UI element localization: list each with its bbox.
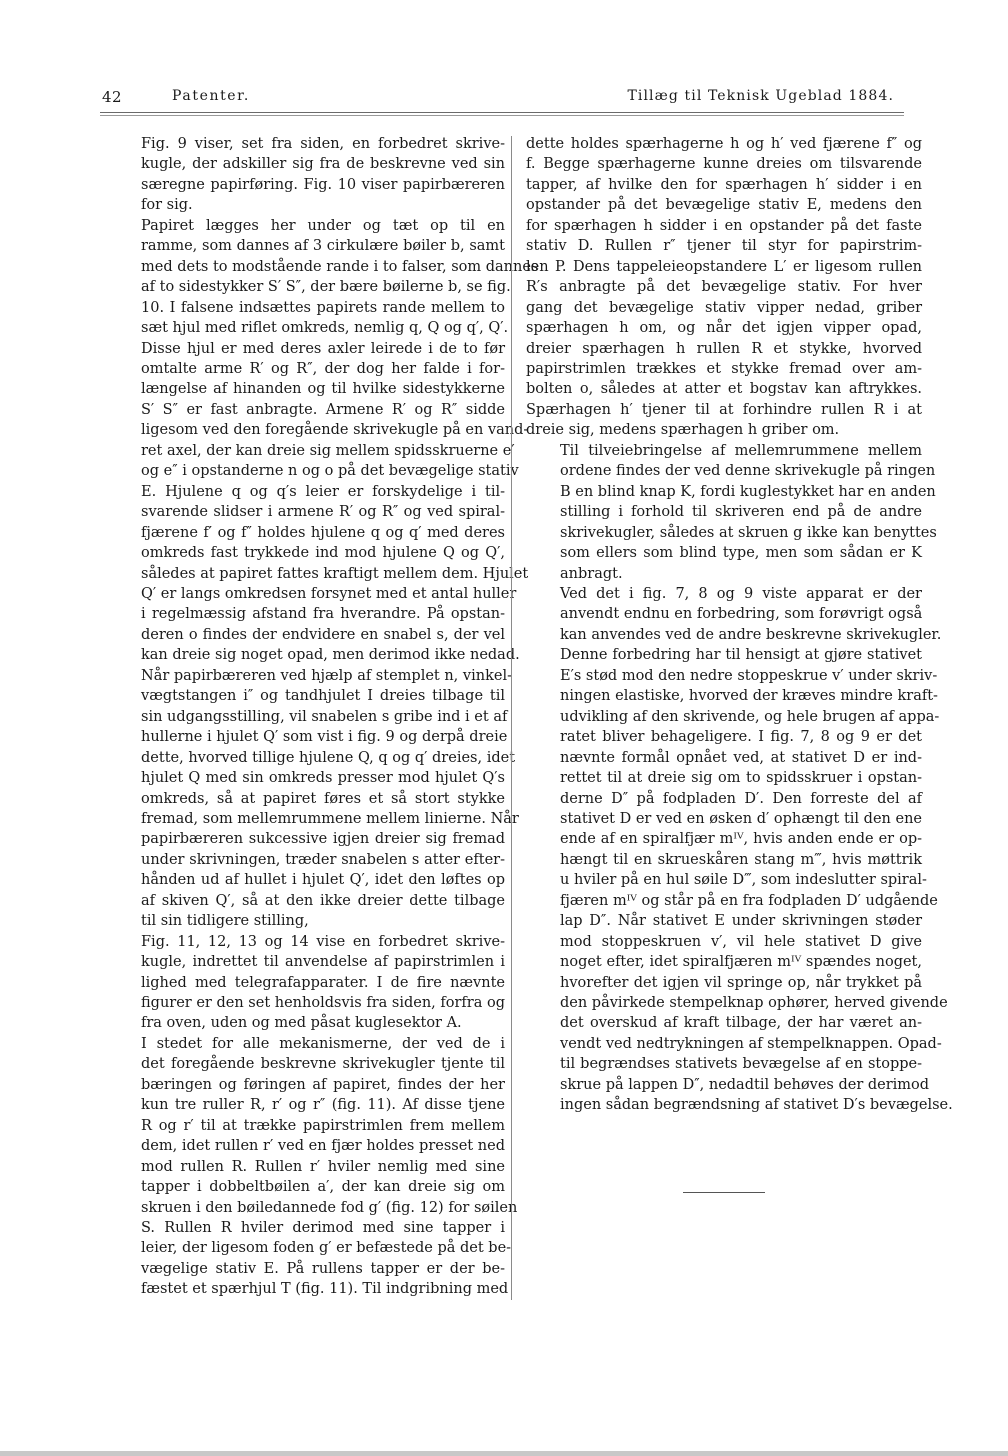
column-divider [511,136,512,1300]
paragraph: Papiret lægges her under og tæt op til e… [107,216,505,932]
text-line: Ved det i fig. 7, 8 og 9 viste apparat e… [526,584,922,604]
text-line: anbragt. [526,564,922,584]
text-line: udvikling af den skrivende, og hele brug… [526,707,922,727]
text-line: fremad, som mellemrummene mellem liniern… [107,809,505,829]
paragraph: dette holdes spærhagerne h og h′ ved fjæ… [526,134,922,441]
text-line: i regelmæssig afstand fra hverandre. På … [107,604,505,624]
text-line: Fig. 11, 12, 13 og 14 vise en forbedret … [107,932,505,952]
text-line: hullerne i hjulet Q′ som vist i fig. 9 o… [107,727,505,747]
text-line: særegne papirføring. Fig. 10 viser papir… [107,175,505,195]
text-line: således at papiret fattes kraftigt melle… [107,564,505,584]
text-line: vendt ved nedtrykningen af stempelknappe… [526,1034,922,1054]
paragraph: Ved det i fig. 7, 8 og 9 viste apparat e… [526,584,922,1116]
text-line: kugle, der adskiller sig fra de beskrevn… [107,154,505,174]
text-line: leier, der ligesom foden g′ er befæstede… [107,1238,505,1258]
text-line: dem, idet rullen r′ ved en fjær holdes p… [107,1136,505,1156]
text-line: gang det bevægelige stativ vipper nedad,… [526,298,922,318]
text-line: Disse hjul er med deres axler leirede i … [107,339,505,359]
text-line: opstander på det bevægelige stativ E, me… [526,195,922,215]
paragraph: Fig. 9 viser, set fra siden, en forbedre… [107,134,505,216]
text-line: hvorefter det igjen vil springe op, når … [526,973,922,993]
text-line: til sin tidligere stilling, [107,911,505,931]
text-line: dette, hvorved tillige hjulene Q, q og q… [107,748,505,768]
text-line: sin udgangsstilling, vil snabelen s grib… [107,707,505,727]
text-line: papirstrimlen trækkes et stykke fremad o… [526,359,922,379]
text-line: vægtstangen i″ og tandhjulet I dreies ti… [107,686,505,706]
text-line: mod rullen R. Rullen r′ hviler nemlig me… [107,1157,505,1177]
text-line: det overskud af kraft tilbage, der har v… [526,1013,922,1033]
text-line: for sig. [107,195,505,215]
text-line: S. Rullen R hviler derimod med sine tapp… [107,1218,505,1238]
text-line: til begrændses stativets bevægelse af en… [526,1054,922,1074]
text-line: R′s anbragte på det bevægelige stativ. F… [526,277,922,297]
text-line: mod stoppeskruen v′, vil hele stativet D… [526,932,922,952]
text-line: skruen i den bøiledannede fod g′ (fig. 1… [107,1198,505,1218]
text-line: u hviler på en hul søile D‴, som indeslu… [526,870,922,890]
text-line: hånden ud af hullet i hjulet Q′, idet de… [107,870,505,890]
text-line: Papiret lægges her under og tæt op til e… [107,216,505,236]
text-line: kun tre ruller R, r′ og r″ (fig. 11). Af… [107,1095,505,1115]
text-line: fæstet et spærhjul T (fig. 11). Til indg… [107,1279,505,1299]
text-line: omkreds fast trykkede ind mod hjulene Q … [107,543,505,563]
text-line: ordene findes der ved denne skrivekugle … [526,461,922,481]
text-line: af to sidestykker S′ S″, der bære bøiler… [107,277,505,297]
right-column: dette holdes spærhagerne h og h′ ved fjæ… [526,134,922,1116]
text-line: ret axel, der kan dreie sig mellem spids… [107,441,505,461]
page-number: 42 [102,88,122,106]
text-line: Spærhagen h′ tjener til at forhindre rul… [526,400,922,420]
text-line: tapper i dobbeltbøilen a′, der kan dreie… [107,1177,505,1197]
text-line: papirbæreren sukcessive igjen dreier sig… [107,829,505,849]
text-line: hængt til en skrueskåren stang m‴, hvis … [526,850,922,870]
left-column: Fig. 9 viser, set fra siden, en forbedre… [107,134,505,1300]
text-line: 10. I falsene indsættes papirets rande m… [107,298,505,318]
text-line: spærhagen h om, og når det igjen vipper … [526,318,922,338]
text-line: omtalte arme R′ og R″, der dog her falde… [107,359,505,379]
text-line: Når papirbæreren ved hjælp af stemplet n… [107,666,505,686]
text-line: hjulet Q med sin omkreds presser mod hju… [107,768,505,788]
text-line: stativ D. Rullen r″ tjener til styr for … [526,236,922,256]
text-line: af skiven Q′, så at den ikke dreier dett… [107,891,505,911]
text-line: Til tilveiebringelse af mellemrummene me… [526,441,922,461]
text-line: stilling i forhold til skriveren end på … [526,502,922,522]
text-line: med dets to modstående rande i to falser… [107,257,505,277]
text-line: derne D″ på fodpladen D′. Den forreste d… [526,789,922,809]
text-line: E. Hjulene q og q′s leier er forskydelig… [107,482,505,502]
text-line: Fig. 9 viser, set fra siden, en forbedre… [107,134,505,154]
text-line: fra oven, uden og med påsat kuglesektor … [107,1013,505,1033]
text-line: ligesom ved den foregående skrivekugle p… [107,420,505,440]
scan-bottom-edge [0,1451,1008,1456]
text-line: kugle, indrettet til anvendelse af papir… [107,952,505,972]
text-line: som ellers som blind type, men som sådan… [526,543,922,563]
text-line: stativet D er ved en øsken d′ ophængt ti… [526,809,922,829]
text-line: fjærene f′ og f″ holdes hjulene q og q′ … [107,523,505,543]
text-line: lap D″. Når stativet E under skrivningen… [526,911,922,931]
text-line: I stedet for alle mekanismerne, der ved … [107,1034,505,1054]
text-line: længelse af hinanden og til hvilke sides… [107,379,505,399]
text-line: dreie sig, medens spærhagen h griber om. [526,420,922,440]
text-line: ende af en spiralfjær mᴵⱽ, hvis anden en… [526,829,922,849]
text-line: nævnte formål opnået ved, at stativet D … [526,748,922,768]
text-line: dette holdes spærhagerne h og h′ ved fjæ… [526,134,922,154]
text-line: B en blind knap K, fordi kuglestykket ha… [526,482,922,502]
text-line: deren o findes der endvidere en snabel s… [107,625,505,645]
text-line: under skrivningen, træder snabelen s att… [107,850,505,870]
text-line: bæringen og føringen af papiret, findes … [107,1075,505,1095]
text-line: ramme, som dannes af 3 cirkulære bøiler … [107,236,505,256]
text-line: ingen sådan begrændsning af stativet D′s… [526,1095,922,1115]
text-line: svarende slidser i armene R′ og R″ og ve… [107,502,505,522]
text-line: Q′ er langs omkredsen forsynet med et an… [107,584,505,604]
text-line: ningen elastiske, hvorved der kræves min… [526,686,922,706]
paragraph: Fig. 11, 12, 13 og 14 vise en forbedret … [107,932,505,1034]
text-line: noget efter, idet spiralfjæren mᴵⱽ spænd… [526,952,922,972]
text-line: figurer er den set henholdsvis fra siden… [107,993,505,1013]
text-line: vægelige stativ E. På rullens tapper er … [107,1259,505,1279]
text-line: lighed med telegrafapparater. I de fire … [107,973,505,993]
journal-title: Tillæg til Teknisk Ugeblad 1884. [627,88,894,104]
text-line: skrue på lappen D″, nedadtil behøves der… [526,1075,922,1095]
text-line: E′s stød mod den nedre stoppeskrue v′ un… [526,666,922,686]
text-line: den påvirkede stempelknap ophører, herve… [526,993,922,1013]
text-line: tapper, af hvilke den for spærhagen h′ s… [526,175,922,195]
text-line: ratet bliver behageligere. I fig. 7, 8 o… [526,727,922,747]
text-line: omkreds, så at papiret føres et så stort… [107,789,505,809]
text-line: for spærhagen h sidder i en opstander på… [526,216,922,236]
text-line: R og r′ til at trække papirstrimlen frem… [107,1116,505,1136]
text-line: skrivekugler, således at skruen g ikke k… [526,523,922,543]
text-line: anvendt endnu en forbedring, som forøvri… [526,604,922,624]
paragraph: Til tilveiebringelse af mellemrummene me… [526,441,922,584]
text-line: S′ S″ er fast anbragte. Armene R′ og R″ … [107,400,505,420]
text-line: dreier spærhagen h rullen R et stykke, h… [526,339,922,359]
text-line: rettet til at dreie sig om to spidsskrue… [526,768,922,788]
text-line: det foregående beskrevne skrivekugler tj… [107,1054,505,1074]
text-line: og e″ i opstanderne n og o på det bevæge… [107,461,505,481]
text-line: kan dreie sig noget opad, men derimod ik… [107,645,505,665]
section-title: Patenter. [172,88,250,104]
paragraph: I stedet for alle mekanismerne, der ved … [107,1034,505,1300]
article-end-rule [683,1192,765,1193]
text-line: Denne forbedring har til hensigt at gjør… [526,645,922,665]
header-double-rule [100,112,904,116]
text-line: f. Begge spærhagerne kunne dreies om til… [526,154,922,174]
text-line: sæt hjul med riflet omkreds, nemlig q, Q… [107,318,505,338]
text-line: len P. Dens tappeleieopstandere L′ er li… [526,257,922,277]
text-line: kan anvendes ved de andre beskrevne skri… [526,625,922,645]
text-line: fjæren mᴵⱽ og står på en fra fodpladen D… [526,891,922,911]
text-line: bolten o, således at atter et bogstav ka… [526,379,922,399]
